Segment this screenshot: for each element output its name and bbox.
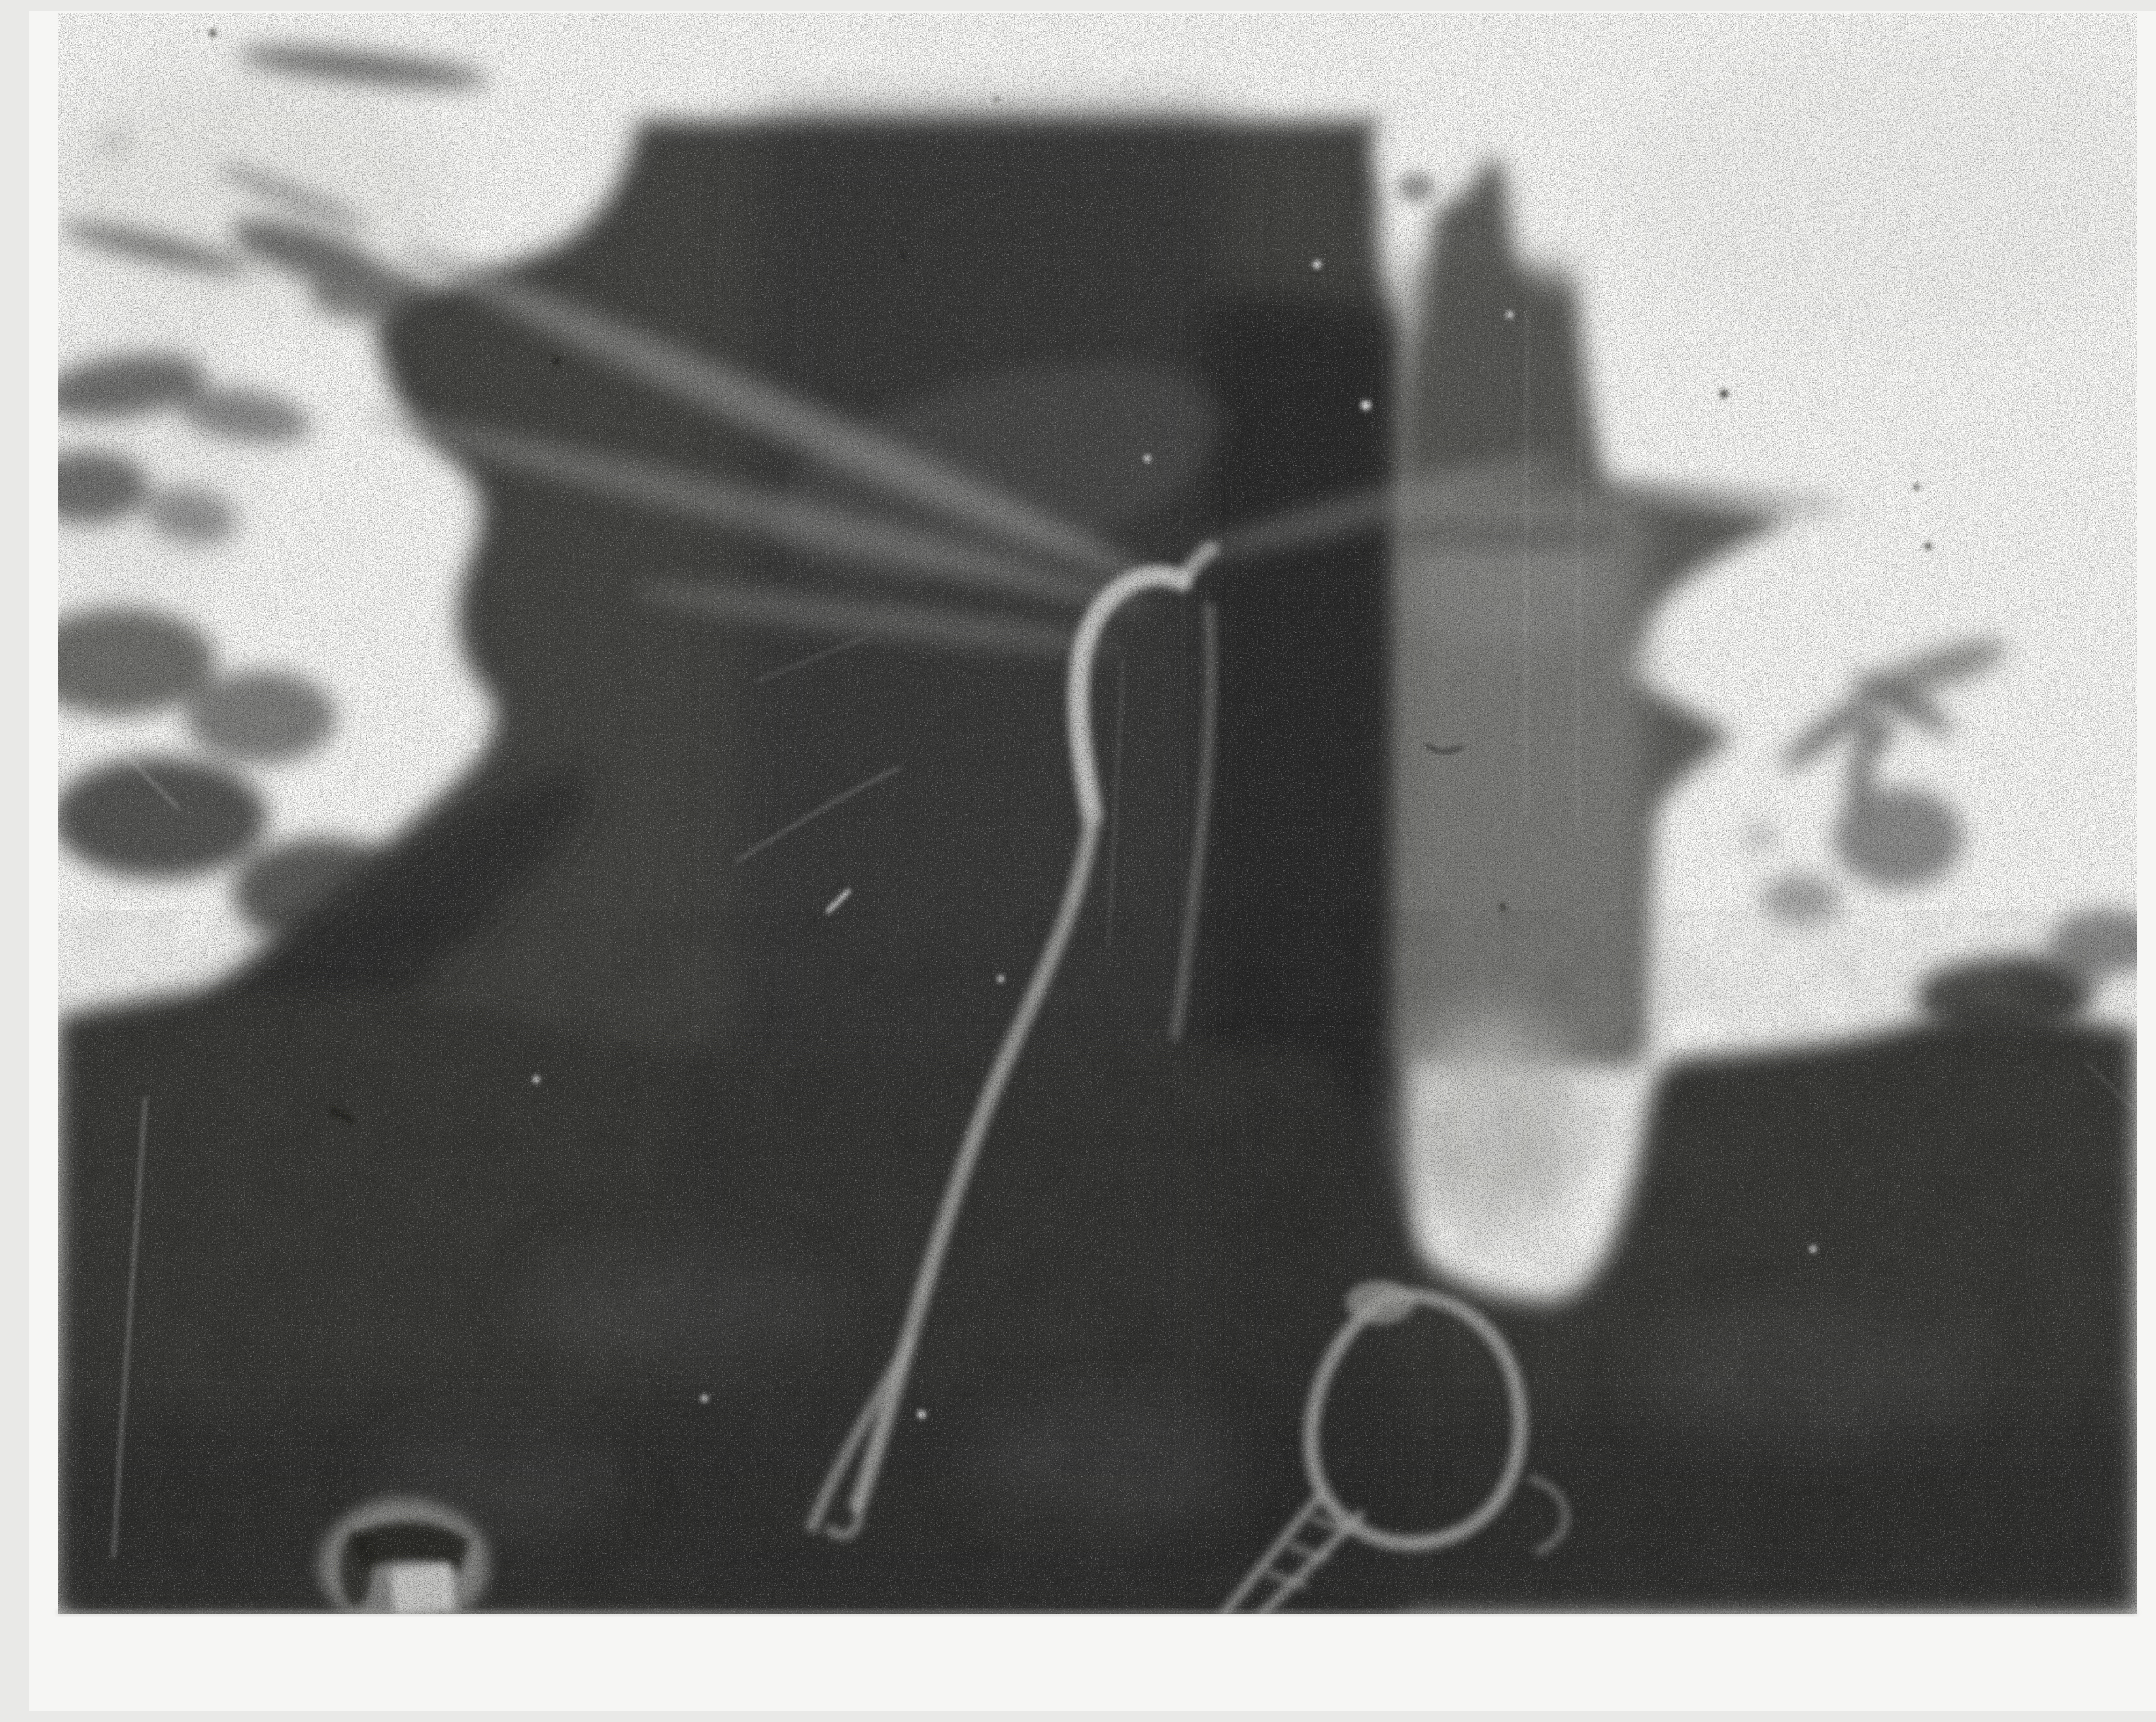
- photo: [29, 13, 2156, 1631]
- tonal-blotch: [58, 910, 2137, 1614]
- photo-bottom-edge: [58, 1610, 2137, 1615]
- photo-rendering: [29, 11, 2156, 1711]
- scanned-photo: [29, 11, 2156, 1711]
